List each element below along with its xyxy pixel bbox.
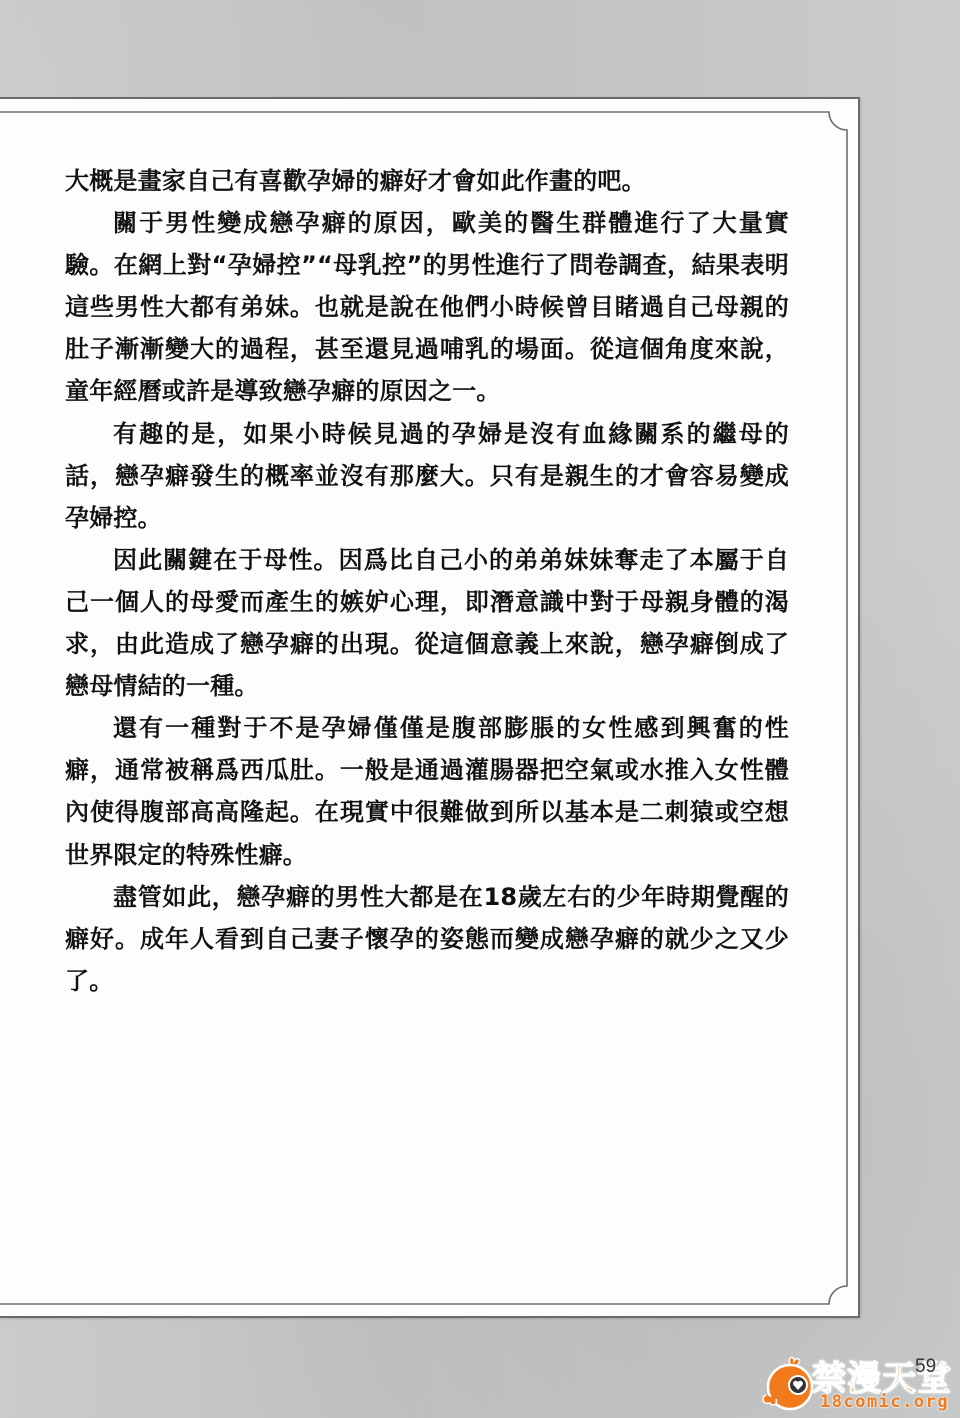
paragraph-5: 還有一種對于不是孕婦僅僅是腹部膨脹的女性感到興奮的性癖，通常被稱爲西瓜肚。一般是… <box>65 707 789 875</box>
paragraph-2: 關于男性變成戀孕癖的原因，歐美的醫生群體進行了大量實驗。在網上對“孕婦控”“母乳… <box>65 202 789 412</box>
page-number: 59 <box>915 1356 936 1378</box>
paragraph-1: 大概是畫家自己有喜歡孕婦的癖好才會如此作畫的吧。 <box>65 160 789 202</box>
watermark-url: 18comic.org <box>820 1392 949 1412</box>
paragraph-3: 有趣的是，如果小時候見過的孕婦是沒有血緣關系的繼母的話，戀孕癖發生的概率並沒有那… <box>65 413 789 539</box>
paragraph-4: 因此關鍵在于母性。因爲比自己小的弟弟妹妹奪走了本屬于自己一個人的母愛而產生的嫉妒… <box>65 539 789 707</box>
document-body: 大概是畫家自己有喜歡孕婦的癖好才會如此作畫的吧。 關于男性變成戀孕癖的原因，歐美… <box>65 160 789 1002</box>
paragraph-6: 盡管如此，戀孕癖的男性大都是在18歲左右的少年時期覺醒的癖好。成年人看到自己妻子… <box>65 876 789 1002</box>
orange-bird-mascot-icon <box>760 1355 816 1411</box>
